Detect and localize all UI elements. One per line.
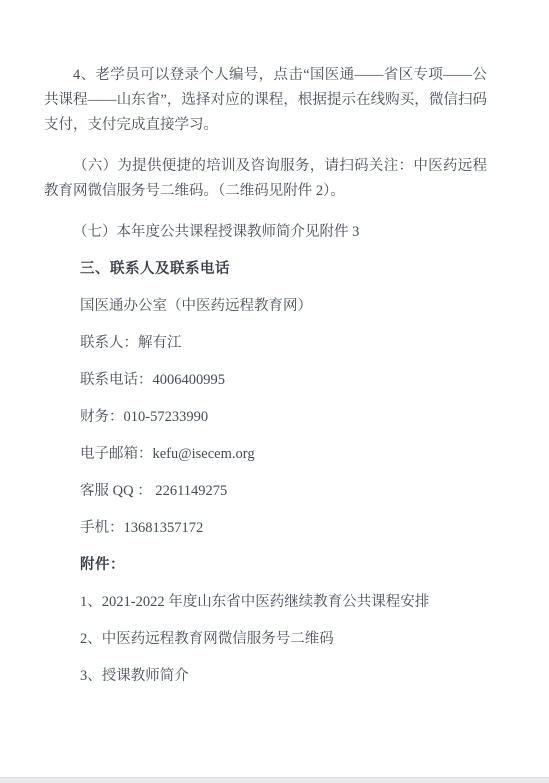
document-page: 4、老学员可以登录个人编号，点击“国医通——省区专项——公共课程——山东省”，选… — [0, 0, 549, 783]
document-content: 4、老学员可以登录个人编号，点击“国医通——省区专项——公共课程——山东省”，选… — [0, 0, 549, 689]
contact-qq-line: 客服 QQ ： 2261149275 — [80, 479, 487, 504]
section-heading-contacts: 三、联系人及联系电话 — [80, 257, 487, 282]
attachment-item-1: 1、2021-2022 年度山东省中医药继续教育公共课程安排 — [80, 590, 487, 615]
attachments-heading: 附件： — [80, 553, 487, 578]
paragraph-item-seven-teacher-intro: （七）本年度公共课程授课教师简介见附件 3 — [44, 220, 487, 245]
page-bottom-edge — [0, 777, 549, 783]
contact-office-line: 国医通办公室（中医药远程教育网） — [80, 294, 487, 319]
attachment-item-2: 2、中医药远程教育网微信服务号二维码 — [80, 627, 487, 652]
contact-mobile-line: 手机：13681357172 — [80, 516, 487, 541]
contact-phone-line: 联系电话：4006400995 — [80, 368, 487, 393]
contact-person-line: 联系人：解有江 — [80, 331, 487, 356]
contact-email-line: 电子邮箱：kefu@isecem.org — [80, 442, 487, 467]
attachment-item-3: 3、授课教师简介 — [80, 664, 487, 689]
paragraph-old-student-login: 4、老学员可以登录个人编号，点击“国医通——省区专项——公共课程——山东省”，选… — [44, 63, 487, 138]
contact-finance-line: 财务：010-57233990 — [80, 405, 487, 430]
paragraph-item-six-wechat-qrcode: （六）为提供便捷的培训及咨询服务，请扫码关注：中医药远程教育网微信服务号二维码。… — [44, 154, 487, 204]
